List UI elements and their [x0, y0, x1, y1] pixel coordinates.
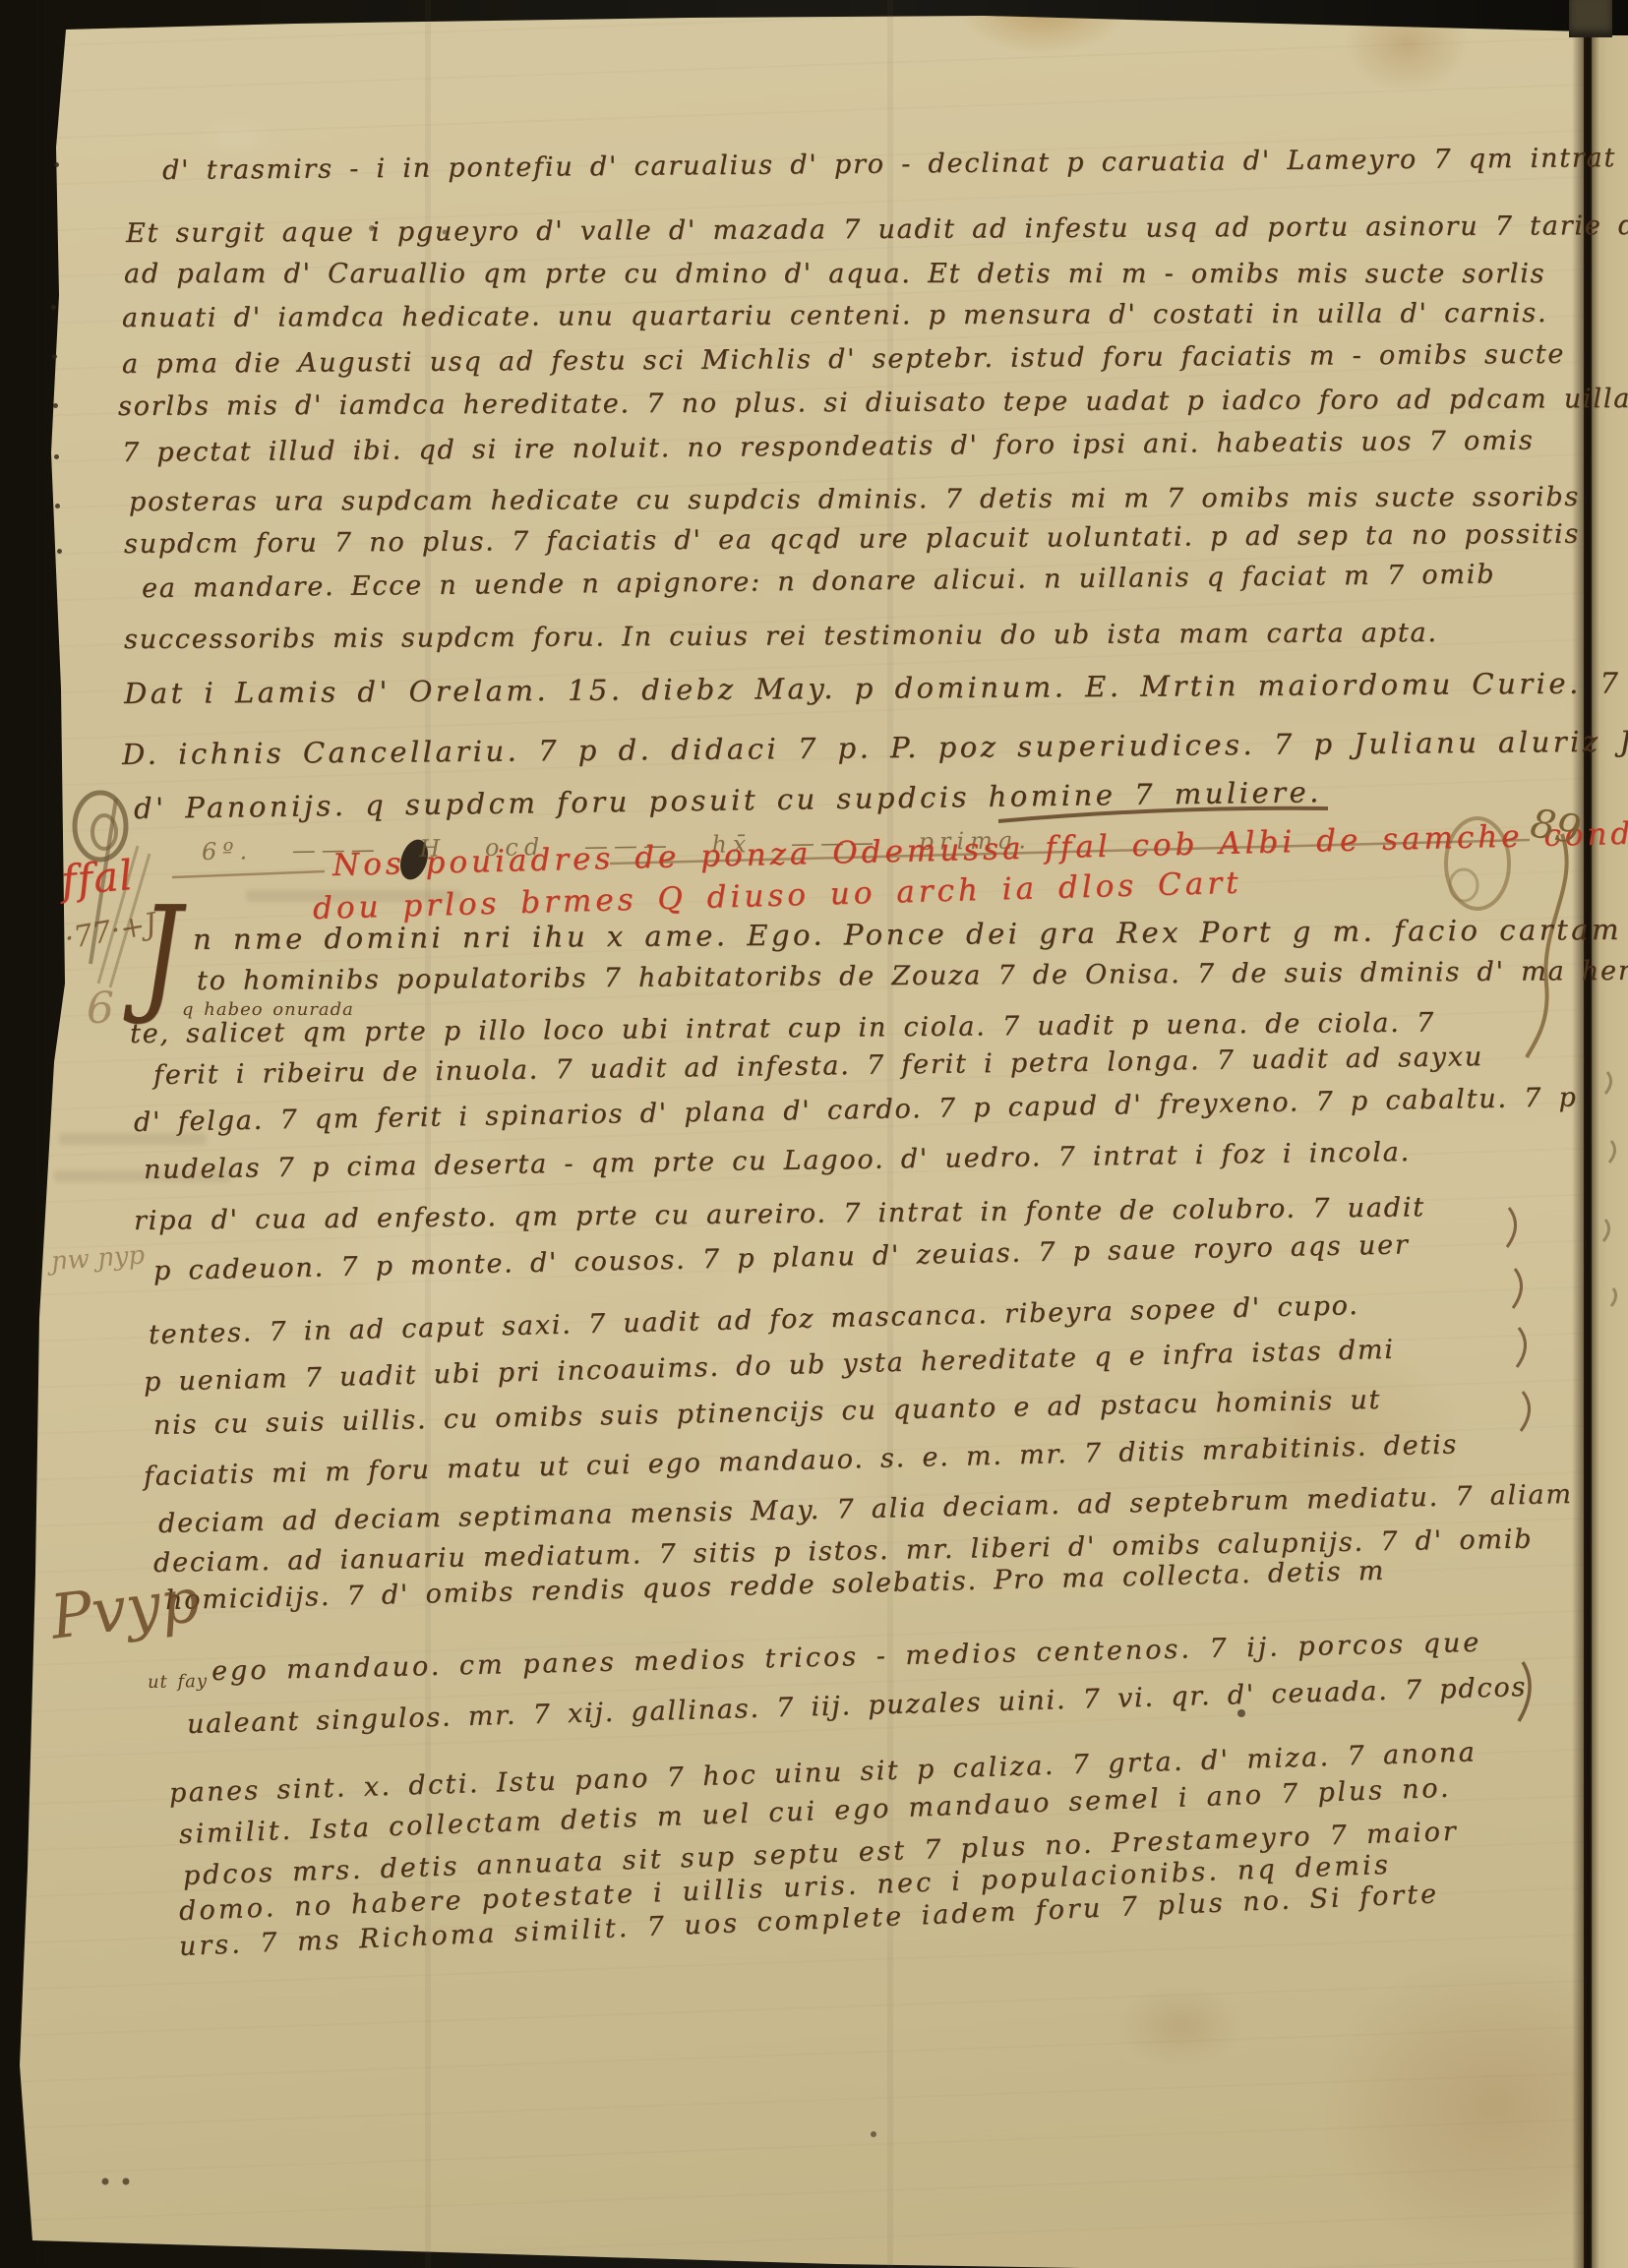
prick-mark	[53, 403, 58, 408]
folio-number: 89	[1528, 801, 1584, 853]
binding-gutter	[1572, 26, 1599, 2268]
prick-mark	[54, 162, 59, 167]
prick-mark	[55, 504, 60, 508]
manuscript-photo: d' trasmirs - i in pontefiu d' carualius…	[0, 0, 1628, 2268]
margin-faint-six: 6	[87, 984, 114, 1034]
manuscript-line: ad palam d' Caruallio qm prte cu dmino d…	[124, 259, 1545, 289]
margin-rubric-word: ffal	[59, 851, 136, 905]
interlinear-note: ut fay	[148, 1671, 208, 1693]
binding-tab	[1569, 0, 1612, 37]
prick-mark	[52, 354, 57, 359]
prick-mark	[57, 549, 62, 554]
manuscript-line: anuati d' iamdca hedicate. unu quartariu…	[122, 298, 1547, 333]
prick-mark	[54, 454, 59, 459]
manuscript-line: posteras ura supdcam hedicate cu supdcis…	[129, 482, 1580, 517]
prick-mark	[51, 305, 56, 310]
